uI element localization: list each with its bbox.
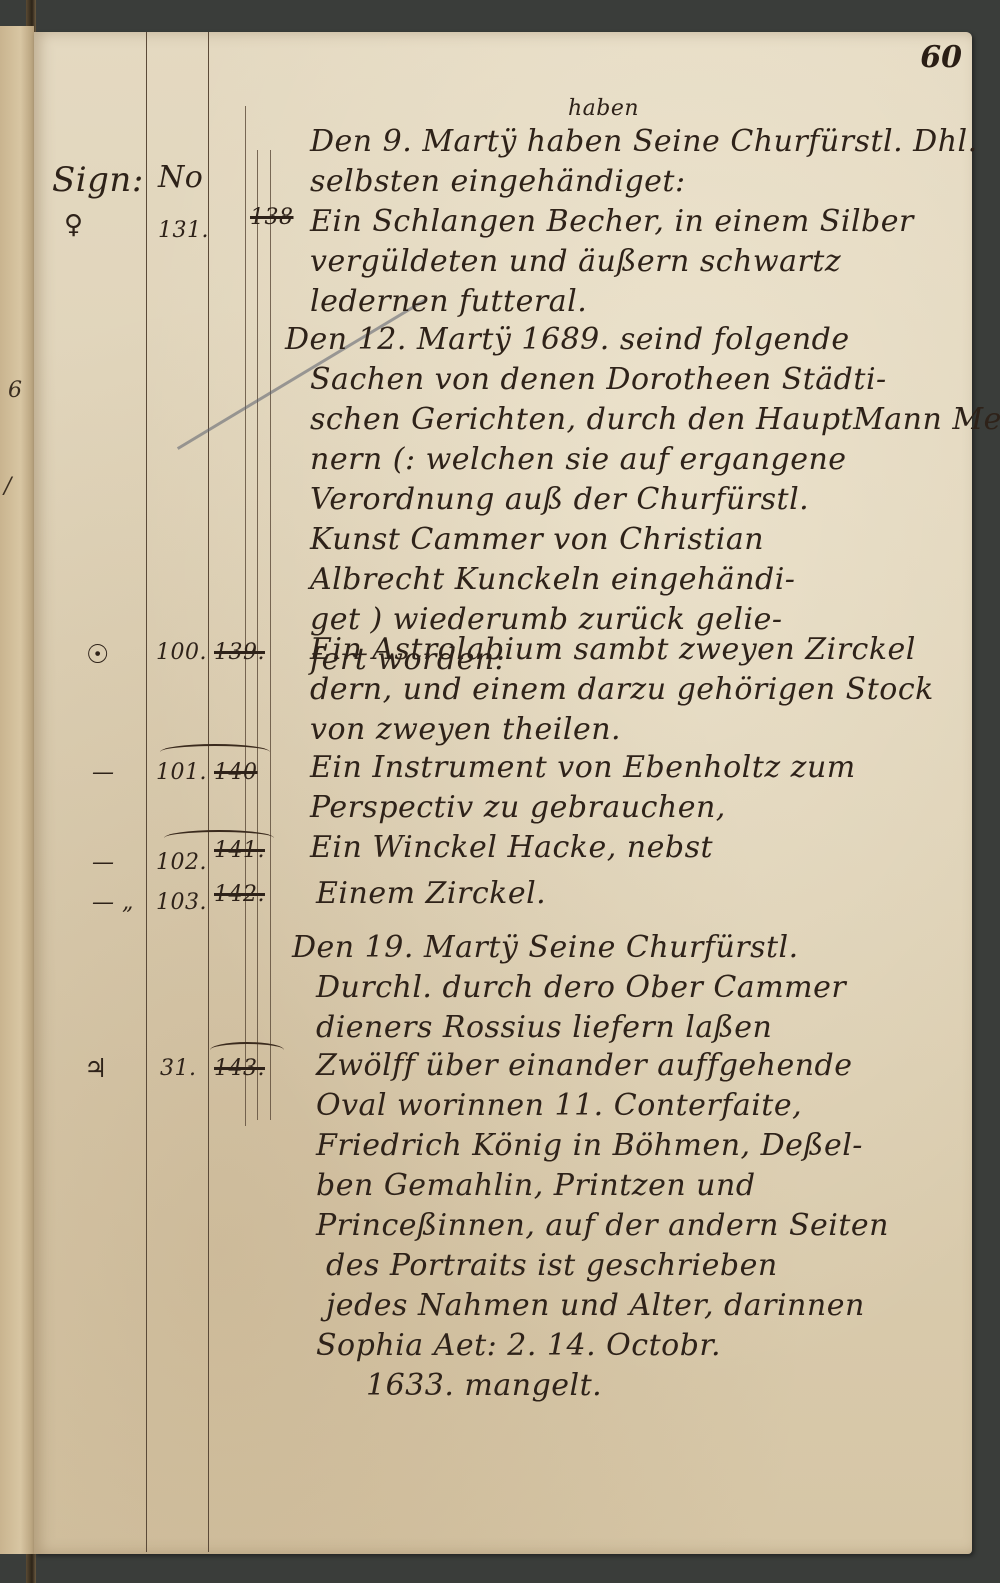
inventory-number: 101. — [156, 760, 207, 785]
old-inventory-number: 142. — [214, 882, 265, 907]
old-inventory-number: 141. — [214, 838, 265, 863]
column-rule-sign — [146, 32, 147, 1552]
inventory-number: 131. — [158, 218, 209, 243]
tin-sign-icon: ♃ — [84, 1054, 107, 1084]
date-heading-line: Sachen von denen Dorotheen Städti- — [310, 362, 887, 397]
inventory-number: 102. — [156, 850, 207, 875]
ink-flourish — [160, 744, 270, 760]
entry-text-line: dern, und einem darzu gehörigen Stock — [310, 672, 934, 707]
inventory-number: 31. — [160, 1056, 197, 1081]
entry-text-line: Oval worinnen 11. Conterfaite, — [316, 1088, 802, 1123]
entry-text-line: des Portraits ist geschrieben — [326, 1248, 778, 1283]
old-inventory-number: 139. — [214, 640, 265, 665]
column-rule-old-number — [245, 106, 246, 1126]
old-inventory-number: 143. — [214, 1056, 265, 1081]
entry-text-line: ledernen futteral. — [310, 284, 587, 319]
ditto-mark: — — [92, 760, 115, 785]
page-number: 60 — [920, 40, 962, 75]
entry-text-line: Ein Winckel Hacke, nebst — [310, 830, 713, 865]
entry-text-line: Einem Zirckel. — [316, 876, 546, 911]
date-heading-line: Kunst Cammer von Christian — [310, 522, 764, 557]
entry-text-line: Sophia Aet: 2. 14. Octobr. — [316, 1328, 721, 1363]
old-inventory-number: 138 — [250, 205, 294, 230]
date-heading-line: Den 9. Martÿ haben Seine Churfürstl. Dhl… — [310, 124, 978, 159]
number-column-header: No — [158, 160, 203, 195]
date-heading-line: Durchl. durch dero Ober Cammer — [316, 970, 846, 1005]
alchemical-sign-icon: ♀ — [64, 210, 83, 240]
inventory-number: 103. — [156, 890, 207, 915]
date-heading-line: dieners Rossius liefern laßen — [316, 1010, 772, 1045]
date-heading-line: Albrecht Kunckeln eingehändi- — [310, 562, 795, 597]
ditto-mark: — „ — [92, 890, 134, 915]
column-rule-old-number — [257, 150, 258, 1120]
entry-text-line: Ein Instrument von Ebenholtz zum — [310, 750, 856, 785]
date-heading-line: Den 12. Martÿ 1689. seind folgende — [285, 322, 850, 357]
ditto-mark: — — [92, 850, 115, 875]
entry-text-line: Perspectiv zu gebrauchen, — [310, 790, 726, 825]
column-rule-number — [208, 32, 209, 1552]
facing-page-edge: 6 / — [0, 26, 34, 1554]
sun-sign-icon: ☉ — [86, 640, 109, 670]
facing-page-mark: 6 — [8, 378, 22, 403]
entry-text-line: vergüldeten und äußern schwartz — [310, 244, 841, 279]
entry-text-line: von zweyen theilen. — [310, 712, 621, 747]
inventory-number: 100. — [156, 640, 207, 665]
entry-text-line: Zwölff über einander auffgehende — [316, 1048, 853, 1083]
date-heading-line: Den 19. Martÿ Seine Churfürstl. — [292, 930, 799, 965]
date-heading-line: selbsten eingehändiget: — [310, 164, 686, 199]
entry-text-line: Friedrich König in Böhmen, Deßel- — [316, 1128, 863, 1163]
date-heading-line: nern (: welchen sie auf ergangene — [310, 442, 847, 477]
entry-text-line: jedes Nahmen und Alter, darinnen — [326, 1288, 865, 1323]
entry-text-line: Princeßinnen, auf der andern Seiten — [316, 1208, 889, 1243]
entry-text-line: Ein Astrolabium sambt zweyen Zirckel — [310, 632, 916, 667]
date-heading-line: Verordnung auß der Churfürstl. — [310, 482, 809, 517]
date-heading-line: schen Gerichten, durch den HauptMann Mei… — [310, 402, 1000, 437]
entry-text-line: Ein Schlangen Becher, in einem Silber — [310, 204, 914, 239]
interlinear-insertion: haben — [568, 96, 639, 121]
column-rule-old-number — [270, 150, 271, 1120]
entry-text-line: 1633. mangelt. — [366, 1368, 602, 1403]
sign-column-header: Sign: — [52, 160, 144, 200]
entry-text-line: ben Gemahlin, Printzen und — [316, 1168, 756, 1203]
old-inventory-number: 140 — [214, 760, 258, 785]
facing-page-mark: / — [4, 474, 11, 499]
